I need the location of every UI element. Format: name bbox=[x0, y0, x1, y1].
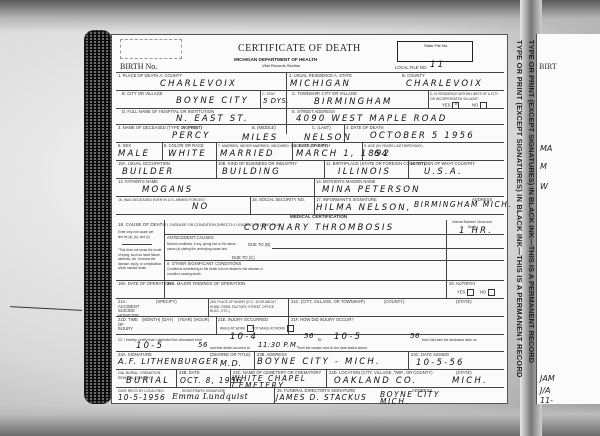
cause-footnote: *This does not mean the mode of dying, s… bbox=[118, 248, 162, 271]
industry: BUILDING bbox=[222, 167, 281, 177]
mother-name: MINA PETERSON bbox=[322, 185, 421, 195]
street-address: 4090 WEST MAPLE ROAD bbox=[296, 114, 447, 124]
next-fragment: MA bbox=[540, 144, 552, 153]
residence-state: MICHIGAN bbox=[290, 79, 351, 89]
autopsy-yes[interactable]: Yes bbox=[457, 289, 474, 296]
ledger-binding bbox=[84, 30, 112, 404]
father-name: MOGANS bbox=[142, 185, 193, 195]
race: WHITE bbox=[168, 149, 207, 159]
residence-county: CHARLEVOIX bbox=[406, 79, 483, 89]
age-label: 9. AGE (In years last birthday) bbox=[364, 144, 423, 149]
birthplace: ILLINOIS bbox=[338, 167, 391, 177]
side-notice-2: TYPE OR PRINT (EXCEPT SIGNATURES) IN BLA… bbox=[524, 40, 536, 400]
industry-label: 10b. KIND OF BUSINESS OR INDUSTRY bbox=[218, 162, 297, 167]
residence-city: BIRMINGHAM bbox=[314, 97, 393, 107]
father-label: 13. FATHER'S NAME bbox=[118, 180, 158, 185]
last-seen-year: 56 bbox=[198, 341, 208, 349]
date-of-death: OCTOBER 5 1956 bbox=[370, 131, 475, 141]
burial-type: BURIAL bbox=[126, 376, 170, 386]
section-name: Vital Records Section bbox=[262, 63, 300, 68]
cause-of-death-label: 18. CAUSE OF DEATH bbox=[118, 223, 166, 228]
next-certificate-page: BIRT MA M W JAM J/A 11- bbox=[536, 34, 600, 404]
cemetery-location: OAKLAND CO. bbox=[334, 376, 417, 386]
medical-heading: MEDICAL CERTIFICATION bbox=[290, 215, 347, 220]
attended-to-year: 56 bbox=[410, 332, 420, 340]
attended-from-year: 56 bbox=[304, 332, 314, 340]
not-while-at-work[interactable]: Not While at Work bbox=[252, 325, 294, 332]
sex-label: 5. SEX bbox=[118, 144, 131, 149]
certify-text-4: from the causes and on the date stated a… bbox=[298, 346, 368, 351]
physician-signature: A.F. LITHENBURGER bbox=[118, 357, 219, 366]
other-conditions-label: II. OTHER SIGNIFICANT CONDITIONS bbox=[167, 262, 241, 267]
certificate-title: CERTIFICATE OF DEATH bbox=[238, 43, 361, 54]
location-label: 24d. LOCATION (City, village, twp., or c… bbox=[329, 371, 432, 376]
ssn-label: 16. SOCIAL SECURITY NO. bbox=[252, 198, 305, 203]
injury-place-label: 21b. PLACE OF INJURY (e.g., in or about … bbox=[210, 300, 285, 314]
paper-crease bbox=[10, 306, 82, 311]
certify-text-2: that I last saw the deceased alive on bbox=[422, 338, 477, 343]
informant-label: 17. INFORMANT'S SIGNATURE bbox=[316, 198, 377, 203]
injury-year-label: (Year) bbox=[178, 318, 192, 323]
informant-signature: HILMA NELSON, bbox=[316, 203, 412, 213]
usual-residence-label: 2. USUAL RESIDENCE a. STATE bbox=[289, 74, 352, 79]
certify-text-3: and that death occurred at bbox=[210, 346, 250, 351]
death-county: CHARLEVOIX bbox=[160, 79, 237, 89]
mother-label: 14. MOTHER'S MAIDEN NAME bbox=[316, 180, 375, 185]
last-name-label: c. (Last) bbox=[312, 126, 331, 131]
occupation-label: 10a. USUAL OCCUPATION bbox=[118, 162, 170, 167]
operation-findings-label: 19b. MAJOR FINDINGS OF OPERATION bbox=[167, 282, 245, 287]
state-file-box: State File No. bbox=[397, 41, 473, 62]
cemetery-state: MICH. bbox=[452, 376, 488, 386]
registrar-signature: Emma Lundquist bbox=[172, 392, 248, 401]
due-to-b: DUE TO (b) bbox=[248, 243, 270, 248]
inside-limits-label: d. Is Residence within limits of a city … bbox=[430, 92, 502, 101]
location-state-label: (State) bbox=[456, 371, 472, 376]
to-label: to bbox=[318, 338, 322, 343]
place-of-death-label: 1. PLACE OF DEATH a. COUNTY bbox=[118, 74, 182, 79]
funeral-address: BOYNE CITY MICH. bbox=[380, 391, 460, 405]
injury-day-label: (Day) bbox=[162, 318, 173, 323]
race-label: 6. COLOR OR RACE bbox=[164, 144, 204, 149]
informant-address: BIRMINGHAM MICH. bbox=[414, 200, 512, 209]
date-received: 10-5-1956 bbox=[118, 393, 166, 402]
autopsy-label: 20. AUTOPSY bbox=[449, 282, 476, 287]
accident-specify-label: (Specify) bbox=[156, 300, 177, 305]
injury-city-label: 21c. (CITY, VILLAGE, OR TOWNSHIP) bbox=[291, 300, 365, 305]
injury-state-label: (STATE) bbox=[456, 300, 472, 305]
last-seen-date: 10-5 bbox=[136, 341, 164, 351]
next-fragment: W bbox=[540, 182, 548, 191]
attended-to: 10-5 bbox=[334, 332, 362, 342]
injury-month-label: (Month) bbox=[142, 318, 160, 323]
injury-hour-label: (Hour) bbox=[194, 318, 209, 323]
morbid-label: Morbid conditions, if any, giving rise t… bbox=[167, 242, 237, 251]
next-fragment: 11- bbox=[540, 396, 553, 405]
dob-label: 8. DATE OF BIRTH bbox=[294, 144, 330, 149]
scan-shadow-bottom bbox=[0, 405, 600, 436]
other-conditions-note: Conditions contributing to the death but… bbox=[167, 267, 267, 276]
injury-county-label: (COUNTY) bbox=[384, 300, 404, 305]
middle-name-label: b. (Middle) bbox=[252, 126, 276, 131]
age: 64 bbox=[374, 149, 389, 159]
occupation: BUILDER bbox=[122, 167, 175, 177]
residence-county-label: b. COUNTY bbox=[402, 74, 425, 79]
physician-degree: M.D. bbox=[220, 359, 242, 368]
hospital-name: N. EAST ST. bbox=[176, 114, 249, 124]
stamp-area bbox=[120, 39, 182, 59]
side-notice: TYPE OR PRINT (EXCEPT SIGNATURES) IN BLA… bbox=[512, 40, 524, 400]
death-city: BOYNE CITY bbox=[176, 96, 249, 106]
antecedent-label: ANTECEDENT CAUSES bbox=[167, 236, 214, 241]
date-signed-label: 23c. DATE SIGNED bbox=[411, 353, 449, 358]
birth-number-label: BIRTH No. bbox=[120, 62, 157, 71]
autopsy-no[interactable]: No bbox=[480, 289, 495, 296]
length-of-stay: 5 DYS. bbox=[263, 97, 289, 105]
next-fragment: J/A bbox=[540, 386, 551, 395]
funeral-director-signature: JAMES D. STACKUS bbox=[276, 393, 367, 402]
while-at-work[interactable]: While at Work bbox=[220, 325, 254, 332]
local-file-no: 11 bbox=[430, 60, 445, 70]
injury-time-label: 21d. TIME OF INJURY bbox=[118, 318, 138, 332]
next-fragment: JAM bbox=[540, 374, 555, 383]
time-of-death: 11:30 P.M. bbox=[258, 341, 299, 349]
scan-shadow-top bbox=[0, 0, 600, 32]
citizen-label: 12. CITIZEN OF WHAT COUNTRY bbox=[410, 162, 475, 167]
length-of-stay-label: c. STAY bbox=[262, 92, 275, 97]
date-signed: 10-5-56 bbox=[416, 358, 465, 368]
citizenship: U.S.A. bbox=[424, 167, 463, 177]
disease: CORONARY THROMBOSIS bbox=[244, 223, 394, 233]
first-name-label: a. (First) bbox=[182, 126, 202, 131]
injury-how-label: 21f. HOW DID INJURY OCCUR? bbox=[291, 318, 354, 323]
state-file-label: State File No. bbox=[424, 43, 448, 48]
sex: MALE bbox=[118, 149, 150, 159]
local-file-label: Local File No. bbox=[395, 66, 427, 71]
next-fragment: M bbox=[540, 162, 547, 171]
cause-note: Enter only one cause per line for (a), (… bbox=[118, 230, 156, 239]
residence-city-label: c. TOWNSHIP, CITY OR VILLAGE bbox=[292, 92, 357, 97]
physician-address: BOYNE CITY - MICH. bbox=[257, 357, 381, 367]
attended-from: 10-4 bbox=[230, 332, 258, 342]
department-name: MICHIGAN DEPARTMENT OF HEALTH bbox=[234, 57, 317, 62]
injury-occurred-label: 21e. INJURY OCCURRED bbox=[218, 318, 268, 323]
armed-forces: NO bbox=[192, 202, 209, 212]
date-of-death-label: 4. DATE OF DEATH bbox=[346, 126, 384, 131]
deceased-first-name: PERCY bbox=[172, 131, 211, 141]
marital-status: MARRIED bbox=[220, 149, 275, 159]
next-birth-label: BIRT bbox=[539, 62, 557, 71]
death-city-label: b. CITY OR VILLAGE bbox=[122, 92, 163, 97]
death-certificate: CERTIFICATE OF DEATH MICHIGAN DEPARTMENT… bbox=[111, 34, 508, 404]
burial-date-label: 24b. DATE bbox=[179, 371, 200, 376]
